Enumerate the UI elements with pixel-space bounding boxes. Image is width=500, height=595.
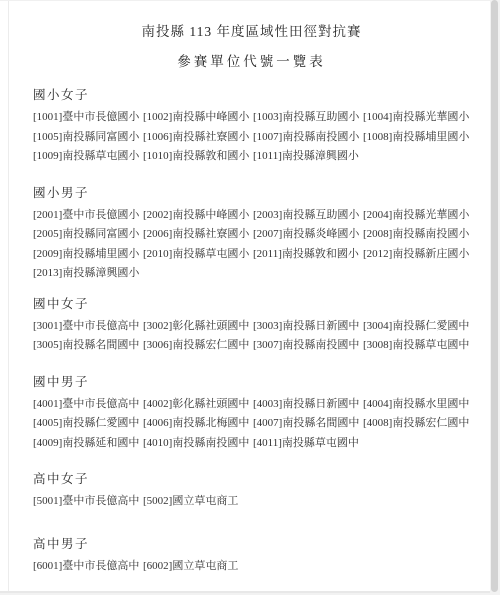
section-header: 國中女子 — [33, 296, 470, 312]
section: 國小女子[1001]臺中市長億國小[1002]南投縣中峰國小[1003]南投縣互… — [33, 87, 470, 167]
entry-grid: [2001]臺中市長億國小[2002]南投縣中峰國小[2003]南投縣互助國小[… — [33, 206, 470, 284]
entry: [4007]南投縣名間國中 — [253, 414, 363, 434]
entry: [2004]南投縣光華國小 — [363, 206, 473, 226]
entry: [5002]國立草屯商工 — [143, 492, 253, 512]
entry: [2006]南投縣社寮國小 — [143, 225, 253, 245]
entry: [3003]南投縣日新國中 — [253, 317, 363, 337]
entry: [4008]南投縣宏仁國中 — [363, 414, 473, 434]
entry: [1011]南投縣漳興國小 — [253, 147, 363, 167]
entry-grid: [3001]臺中市長億高中[3002]彰化縣社頭國中[3003]南投縣日新國中[… — [33, 317, 470, 356]
entry: [2007]南投縣炎峰國小 — [253, 225, 363, 245]
entry: [1002]南投縣中峰國小 — [143, 108, 253, 128]
entry: [1007]南投縣南投國小 — [253, 128, 363, 148]
section-header: 高中男子 — [33, 536, 470, 552]
section-header: 高中女子 — [33, 471, 470, 487]
entry: [2009]南投縣埔里國小 — [33, 245, 143, 265]
entry-grid: [4001]臺中市長億高中[4002]彰化縣社頭國中[4003]南投縣日新國中[… — [33, 395, 470, 454]
entry: [1006]南投縣社寮國小 — [143, 128, 253, 148]
entry: [1010]南投縣敦和國小 — [143, 147, 253, 167]
entry: [4010]南投縣南投國中 — [143, 434, 253, 454]
entry-grid: [6001]臺中市長億高中[6002]國立草屯商工 — [33, 557, 470, 577]
entry: [1001]臺中市長億國小 — [33, 108, 143, 128]
entry: [4006]南投縣北梅國中 — [143, 414, 253, 434]
entry: [4001]臺中市長億高中 — [33, 395, 143, 415]
section-header: 國小女子 — [33, 87, 470, 103]
entry: [3005]南投縣名間國中 — [33, 336, 143, 356]
section: 國中女子[3001]臺中市長億高中[3002]彰化縣社頭國中[3003]南投縣日… — [33, 296, 470, 356]
entry: [4004]南投縣水里國中 — [363, 395, 473, 415]
entry: [5001]臺中市長億高中 — [33, 492, 143, 512]
entry: [3007]南投縣南投國中 — [253, 336, 363, 356]
page-content: 南投縣 113 年度區域性田徑對抗賽 參賽單位代號一覽表 國小女子[1001]臺… — [0, 1, 490, 576]
entry: [1003]南投縣互助國小 — [253, 108, 363, 128]
entry: [3008]南投縣草屯國中 — [363, 336, 473, 356]
entry: [2011]南投縣敦和國小 — [253, 245, 363, 265]
document-page: 南投縣 113 年度區域性田徑對抗賽 參賽單位代號一覽表 國小女子[1001]臺… — [0, 0, 490, 593]
sections-list: 國小女子[1001]臺中市長億國小[1002]南投縣中峰國小[1003]南投縣互… — [33, 87, 470, 576]
entry: [2012]南投縣新庄國小 — [363, 245, 473, 265]
entry: [3001]臺中市長億高中 — [33, 317, 143, 337]
entry: [2003]南投縣互助國小 — [253, 206, 363, 226]
entry: [2001]臺中市長億國小 — [33, 206, 143, 226]
entry: [2008]南投縣南投國小 — [363, 225, 473, 245]
entry: [1009]南投縣草屯國小 — [33, 147, 143, 167]
entry: [1004]南投縣光華國小 — [363, 108, 473, 128]
section-header: 國小男子 — [33, 185, 470, 201]
entry: [4003]南投縣日新國中 — [253, 395, 363, 415]
page-title: 南投縣 113 年度區域性田徑對抗賽 — [33, 23, 470, 41]
entry: [1005]南投縣同富國小 — [33, 128, 143, 148]
section: 國中男子[4001]臺中市長億高中[4002]彰化縣社頭國中[4003]南投縣日… — [33, 374, 470, 454]
section: 高中女子[5001]臺中市長億高中[5002]國立草屯商工 — [33, 471, 470, 512]
entry-grid: [5001]臺中市長億高中[5002]國立草屯商工 — [33, 492, 470, 512]
entry: [4002]彰化縣社頭國中 — [143, 395, 253, 415]
entry: [2002]南投縣中峰國小 — [143, 206, 253, 226]
section: 高中男子[6001]臺中市長億高中[6002]國立草屯商工 — [33, 536, 470, 577]
entry: [6002]國立草屯商工 — [143, 557, 253, 577]
entry-grid: [1001]臺中市長億國小[1002]南投縣中峰國小[1003]南投縣互助國小[… — [33, 108, 470, 167]
entry: [4005]南投縣仁愛國中 — [33, 414, 143, 434]
scrollbar[interactable] — [491, 0, 498, 592]
entry: [2010]南投縣草屯國小 — [143, 245, 253, 265]
entry: [3004]南投縣仁愛國中 — [363, 317, 473, 337]
entry: [3002]彰化縣社頭國中 — [143, 317, 253, 337]
entry: [4009]南投縣延和國中 — [33, 434, 143, 454]
entry: [3006]南投縣宏仁國中 — [143, 336, 253, 356]
entry: [2005]南投縣同富國小 — [33, 225, 143, 245]
entry: [6001]臺中市長億高中 — [33, 557, 143, 577]
section-header: 國中男子 — [33, 374, 470, 390]
section: 國小男子[2001]臺中市長億國小[2002]南投縣中峰國小[2003]南投縣互… — [33, 185, 470, 284]
page-subtitle: 參賽單位代號一覽表 — [33, 53, 470, 71]
entry: [4011]南投縣草屯國中 — [253, 434, 363, 454]
entry: [2013]南投縣漳興國小 — [33, 264, 143, 284]
entry: [1008]南投縣埔里國小 — [363, 128, 473, 148]
